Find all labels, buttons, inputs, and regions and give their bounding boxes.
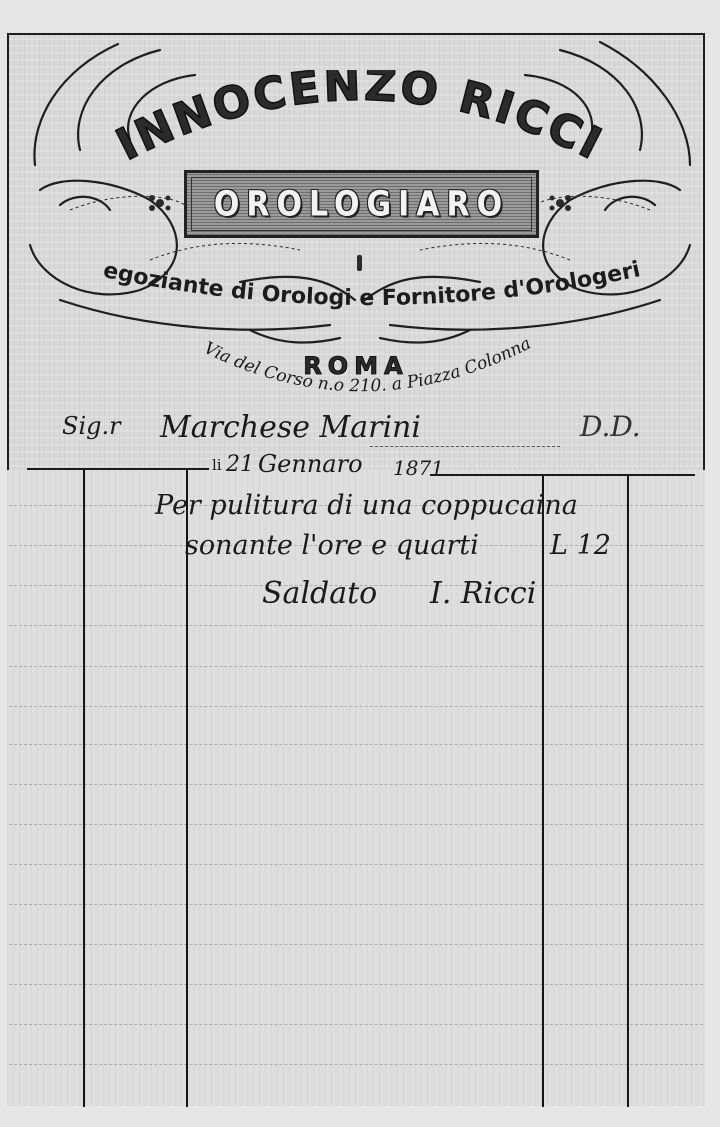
- recipient-prefix: Sig.r: [62, 412, 121, 440]
- column-divider-3: [542, 474, 544, 1107]
- header-rule-right: [430, 474, 695, 476]
- entry-line-2: sonante l'ore e quarti: [185, 530, 479, 561]
- debit-mark: D.D.: [580, 410, 641, 443]
- date-year: 1871: [393, 456, 444, 480]
- column-divider-1: [83, 468, 85, 1107]
- address-line: Via del Corso n.o 210. a Piazza Colonna: [185, 330, 555, 420]
- signature: I. Ricci: [430, 576, 536, 611]
- trade-label: OROLOGIARO: [214, 184, 509, 224]
- entry-amount: L 12: [550, 530, 611, 561]
- entry-line-1: Per pulitura di una coppucaina: [155, 490, 578, 521]
- recipient-dotted-line: [370, 446, 560, 447]
- signoff-text: Saldato: [262, 576, 377, 611]
- date-month: Gennaro: [258, 450, 363, 478]
- date-prefix: li: [212, 456, 222, 474]
- date-day: 21: [226, 452, 254, 477]
- merchant-name-heading: INNOCENZO RICCI: [100, 70, 620, 180]
- header-rule-left: [27, 468, 209, 470]
- svg-text:Via del Corso n.o 210. a Piazz: Via del Corso n.o 210. a Piazza Colonna: [201, 334, 535, 397]
- trade-banner: OROLOGIARO: [184, 170, 539, 238]
- recipient-name: Marchese Marini: [160, 410, 421, 445]
- column-divider-2: [186, 470, 188, 1107]
- merchant-description: Negoziante di Orologi e Fornitore d'Orol…: [90, 245, 650, 335]
- svg-text:INNOCENZO RICCI: INNOCENZO RICCI: [109, 70, 612, 171]
- ledger-body: [7, 470, 705, 1106]
- svg-text:Negoziante di Orologi e Fornit: Negoziante di Orologi e Fornitore d'Orol…: [90, 245, 642, 311]
- column-divider-4: [627, 474, 629, 1107]
